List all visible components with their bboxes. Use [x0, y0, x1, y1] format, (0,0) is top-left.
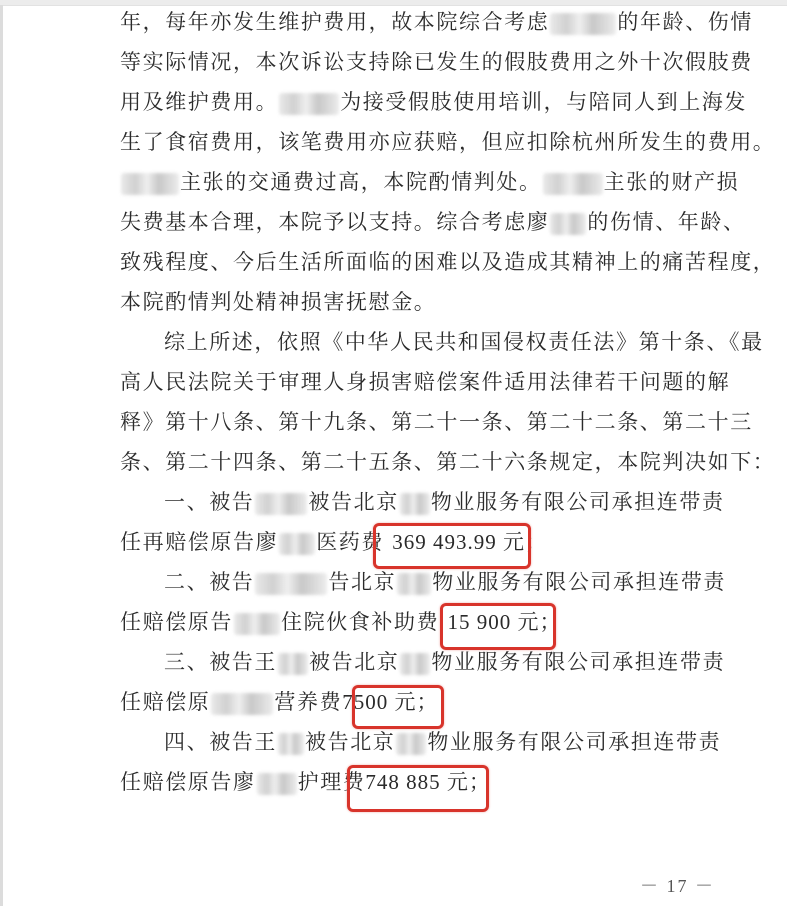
- judgment-item-3-line-1: 三、被告王被告北京物业服务有限公司承担连带责: [164, 648, 774, 688]
- text-segment: 主张的财产损: [604, 170, 740, 194]
- text-segment: 被告北京: [305, 730, 395, 754]
- text-segment: 物业服务有限公司承担连带责: [431, 650, 725, 674]
- text-segment: 生了食宿费用，该笔费用亦应获赔，但应扣除杭州所发生的费用。: [120, 130, 775, 154]
- redacted-name: [255, 573, 327, 595]
- redacted-name: [234, 613, 280, 635]
- text-segment: 营养费: [274, 690, 342, 714]
- text-line: 高人民法院关于审理人身损害赔偿案件适用法律若干问题的解: [120, 368, 730, 408]
- text-segment: 住院伙食补助费: [281, 610, 439, 634]
- text-line: 等实际情况，本次诉讼支持除已发生的假肢费用之外十次假肢费: [120, 48, 730, 88]
- redacted-name: [211, 693, 273, 715]
- page-number: － 17 －: [640, 872, 715, 898]
- text-line: 条、第二十四条、第二十五条、第二十六条规定，本院判决如下：: [120, 448, 730, 488]
- text-segment: 高人民法院关于审理人身损害赔偿案件适用法律若干问题的解: [120, 370, 730, 394]
- judgment-item-2-line-2: 任赔偿原告住院伙食补助费 15 900 元；: [120, 608, 730, 648]
- text-line: 主张的交通费过高，本院酌情判处。主张的财产损: [120, 168, 730, 208]
- text-segment: 任赔偿原: [120, 690, 210, 714]
- redacted-name: [121, 173, 179, 195]
- text-line: 用及维护费用。为接受假肢使用培训，与陪同人到上海发: [120, 88, 730, 128]
- text-segment: 被告北京: [309, 650, 399, 674]
- text-segment: 任赔偿原告: [120, 610, 233, 634]
- text-segment: 为接受假肢使用培训，与陪同人到上海发: [340, 90, 747, 114]
- redacted-name: [400, 493, 430, 515]
- text-segment: 任赔偿原告廖: [120, 770, 256, 794]
- text-segment: 三、被告王: [164, 650, 277, 674]
- text-line: 本院酌情判处精神损害抚慰金。: [120, 288, 730, 328]
- redacted-name: [255, 493, 307, 515]
- redacted-name: [397, 573, 431, 595]
- document-page: 年，每年亦发生维护费用，故本院综合考虑的年龄、伤情 等实际情况，本次诉讼支持除已…: [3, 6, 787, 906]
- text-segment: 等实际情况，本次诉讼支持除已发生的假肢费用之外十次假肢费: [120, 50, 753, 74]
- text-line: 致残程度、今后生活所面临的困难以及造成其精神上的痛苦程度，: [120, 248, 730, 288]
- judgment-item-4-line-1: 四、被告王被告北京物业服务有限公司承担连带责: [164, 728, 774, 768]
- text-segment: 的年龄、伤情: [617, 10, 753, 34]
- text-line: 失费基本合理，本院予以支持。综合考虑廖的伤情、年龄、: [120, 208, 730, 248]
- text-segment: 一、被告: [164, 490, 254, 514]
- highlight-box-nutrition-fee: [352, 685, 444, 729]
- text-segment: 本院酌情判处精神损害抚慰金。: [120, 290, 436, 314]
- text-line: 综上所述，依照《中华人民共和国侵权责任法》第十条、《最: [164, 328, 774, 368]
- redacted-name: [400, 653, 430, 675]
- judgment-item-1-line-1: 一、被告被告北京物业服务有限公司承担连带责: [164, 488, 774, 528]
- text-line: 释》第十八条、第十九条、第二十一条、第二十二条、第二十三: [120, 408, 730, 448]
- text-segment: 物业服务有限公司承担连带责: [427, 730, 721, 754]
- redacted-name: [278, 733, 304, 755]
- text-segment: 被告北京: [308, 490, 398, 514]
- redacted-name: [279, 93, 339, 115]
- redacted-name: [257, 773, 297, 795]
- text-segment: 主张的交通费过高，本院酌情判处。: [180, 170, 542, 194]
- text-segment: 条、第二十四条、第二十五条、第二十六条规定，本院判决如下：: [120, 450, 775, 474]
- text-segment: 二、被告: [164, 570, 254, 594]
- text-segment: 失费基本合理，本院予以支持。综合考虑廖: [120, 210, 549, 234]
- text-segment: 告北京: [328, 570, 396, 594]
- text-line: 年，每年亦发生维护费用，故本院综合考虑的年龄、伤情: [120, 8, 730, 48]
- text-segment: 综上所述，依照《中华人民共和国侵权责任法》第十条、《最: [164, 330, 764, 354]
- text-segment: 任再赔偿原告廖: [120, 530, 278, 554]
- highlight-box-meal-subsidy: [440, 603, 556, 650]
- highlight-box-nursing-fee: [347, 765, 489, 812]
- text-segment: 物业服务有限公司承担连带责: [432, 570, 726, 594]
- text-segment: 致残程度、今后生活所面临的困难以及造成其精神上的痛苦程度，: [120, 250, 775, 274]
- redacted-name: [550, 213, 586, 235]
- text-line: 生了食宿费用，该笔费用亦应获赔，但应扣除杭州所发生的费用。: [120, 128, 730, 168]
- text-segment: 物业服务有限公司承担连带责: [431, 490, 725, 514]
- text-segment: 释》第十八条、第十九条、第二十一条、第二十二条、第二十三: [120, 410, 753, 434]
- redacted-name: [278, 653, 308, 675]
- judgment-item-2-line-1: 二、被告告北京物业服务有限公司承担连带责: [164, 568, 774, 608]
- redacted-name: [396, 733, 426, 755]
- text-segment: 年，每年亦发生维护费用，故本院综合考虑: [120, 10, 549, 34]
- redacted-name: [543, 173, 603, 195]
- text-segment: 四、被告王: [164, 730, 277, 754]
- redacted-name: [279, 533, 315, 555]
- text-segment: 用及维护费用。: [120, 90, 278, 114]
- highlight-box-medical-fee: [373, 523, 531, 569]
- text-segment: 的伤情、年龄、: [587, 210, 745, 234]
- redacted-name: [550, 13, 616, 35]
